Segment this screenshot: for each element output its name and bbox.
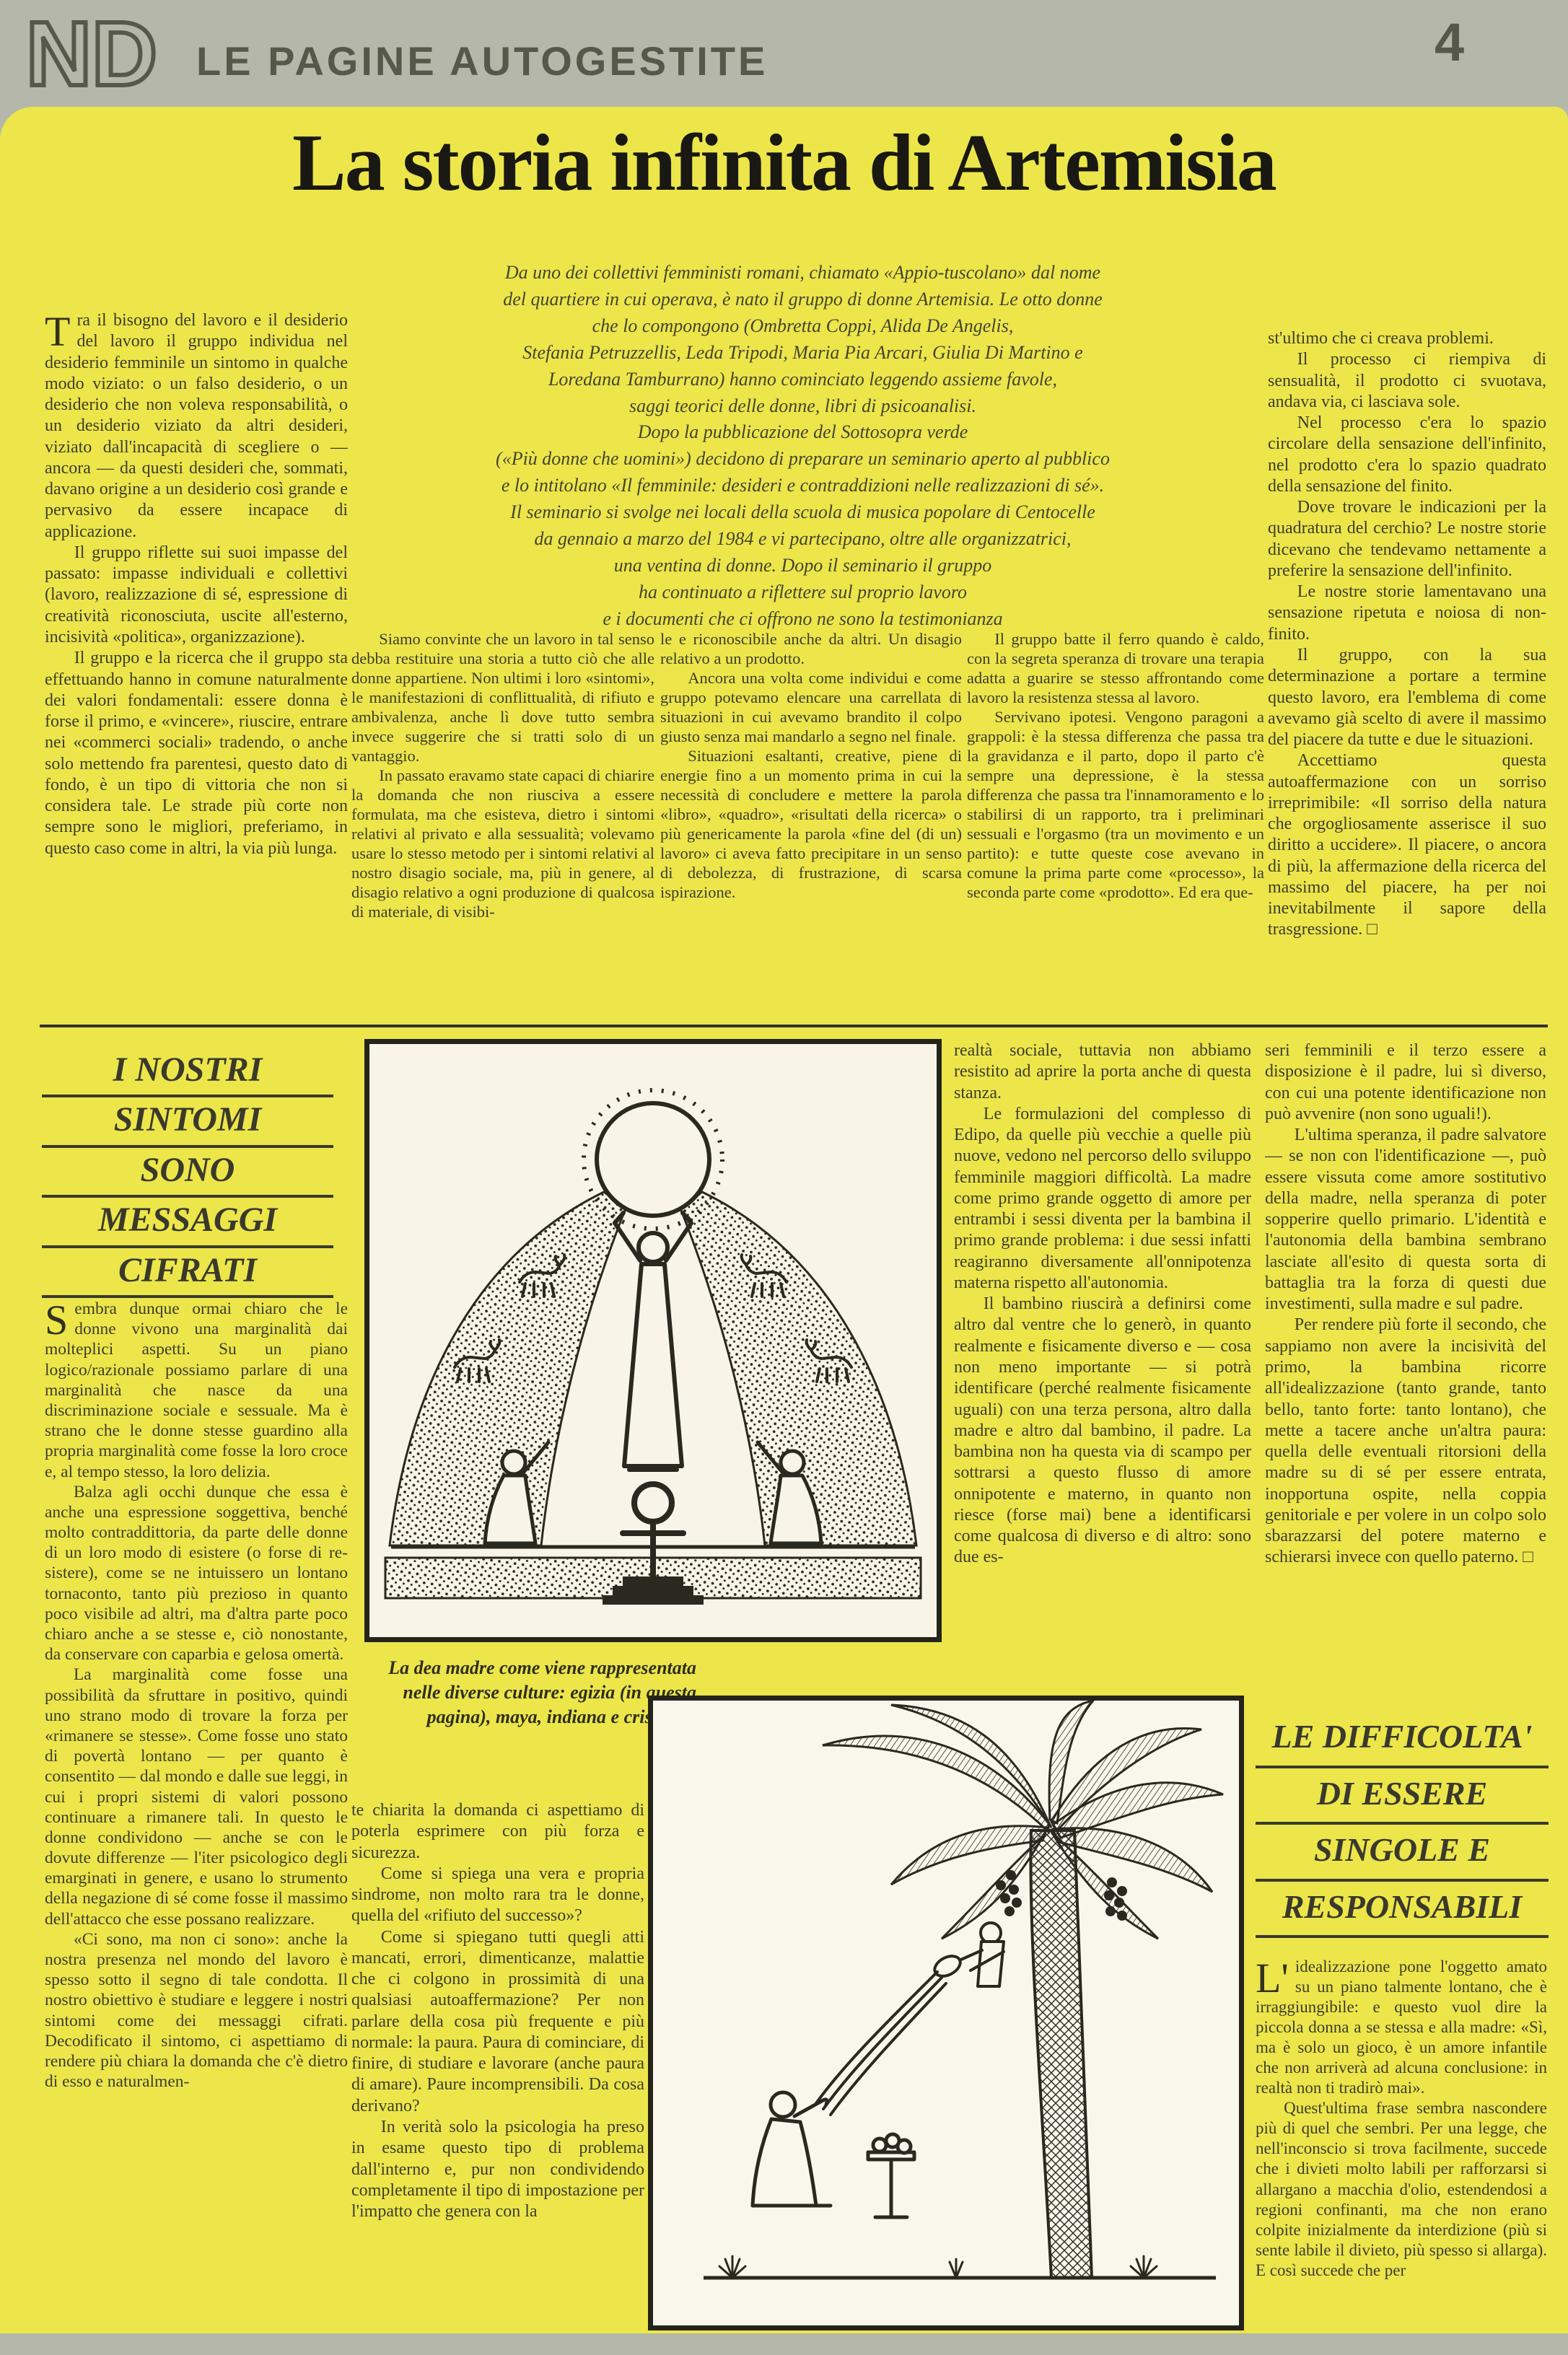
standfirst-line: Il seminario si svolge nei locali della … [339, 499, 1266, 526]
column-a: Sembra dunque ormai chiaro che le donne … [45, 1299, 348, 2329]
paragraph: In passato eravamo state capaci di chiar… [351, 766, 654, 921]
column-b: te chiarita la domanda ci aspettiamo di … [351, 1800, 644, 2331]
heading-line: I NOSTRI [42, 1048, 333, 1097]
paragraph: le e riconoscibile anche da altri. Un di… [660, 629, 962, 668]
standfirst-line: Stefania Petruzzellis, Leda Tripodi, Mar… [339, 340, 1266, 367]
paragraph: «Ci sono, ma non ci sono»: anche la nost… [45, 1929, 348, 2092]
paragraph: Siamo convinte che un lavoro in tal sens… [351, 629, 654, 766]
paragraph: Tra il bisogno del lavoro e il desiderio… [45, 310, 348, 543]
paragraph: Accettiamo questa autoaffermazione con u… [1268, 750, 1546, 940]
drop-cap: S [45, 1299, 74, 1336]
paragraph: st'ultimo che ci creava problemi. [1268, 328, 1546, 349]
paragraph: Quest'ultima frase sembra nascondere più… [1256, 2098, 1547, 2280]
standfirst-line: e lo intitolano «Il femminile: desideri … [339, 473, 1266, 499]
paragraph: te chiarita la domanda ci aspettiamo di … [351, 1800, 644, 1864]
drop-cap: L' [1256, 1957, 1295, 1994]
masthead-title: LE PAGINE AUTOGESTITE [196, 38, 768, 84]
paragraph: Il gruppo, con la sua determinazione a p… [1268, 645, 1546, 750]
paragraph: Nel processo c'era lo spazio circolare d… [1268, 413, 1546, 497]
column-e: L'idealizzazione pone l'oggetto amato su… [1256, 1957, 1547, 2332]
header-band: ND LE PAGINE AUTOGESTITE 4 [0, 0, 1568, 108]
heading-line: SONO [42, 1148, 333, 1198]
heading-line: MESSAGGI [42, 1198, 333, 1247]
paragraph: Il gruppo riflette sui suoi impasse del … [45, 543, 348, 648]
standfirst-line: Da uno dei collettivi femministi romani,… [339, 260, 1266, 286]
standfirst-line: e i documenti che ci offrono ne sono la … [339, 606, 1266, 629]
standfirst-line: saggi teorici delle donne, libri di psic… [339, 393, 1266, 420]
illustration-egyptian-goddess [364, 1039, 942, 1642]
bottom-scan-strip [0, 2333, 1568, 2355]
standfirst-line: da gennaio a marzo del 1984 e vi parteci… [339, 526, 1266, 553]
column-c: realtà sociale, tuttavia non abbiamo res… [954, 1040, 1251, 1681]
illustration-palm-tree-goddess [648, 1696, 1244, 2330]
column-d: seri femminili e il terzo essere a dispo… [1265, 1040, 1546, 1683]
paragraph: Situazioni esaltanti, creative, piene di… [660, 746, 962, 902]
page-number: 4 [1435, 12, 1464, 73]
paragraph: Sembra dunque ormai chiaro che le donne … [45, 1299, 348, 1482]
paragraph: Il gruppo e la ricerca che il gruppo sta… [45, 648, 348, 859]
paragraph: Servivano ipotesi. Vengono paragoni a gr… [967, 707, 1264, 902]
paragraph: Le nostre storie lamentavano una sensazi… [1268, 582, 1546, 645]
standfirst-line: una ventina di donne. Dopo il seminario … [339, 553, 1266, 579]
drop-cap: T [45, 310, 76, 348]
heading-line: DI ESSERE [1256, 1768, 1549, 1825]
column-1: Tra il bisogno del lavoro e il desiderio… [45, 310, 348, 1016]
heading-line: RESPONSABILI [1256, 1882, 1549, 1939]
heading-line: SINGOLE E [1256, 1825, 1549, 1882]
paragraph: seri femminili e il terzo essere a dispo… [1265, 1040, 1546, 1125]
paragraph: Per rendere più forte il secondo, che sa… [1265, 1315, 1546, 1568]
standfirst: Da uno dei collettivi femministi romani,… [339, 260, 1266, 629]
column-2: Siamo convinte che un lavoro in tal sens… [351, 629, 654, 1020]
paragraph: La marginalità come fosse una possibilit… [45, 1665, 348, 1929]
nd-logo: ND [20, 3, 190, 111]
standfirst-line: che lo compongono (Ombretta Coppi, Alida… [339, 313, 1266, 340]
magazine-page: ND LE PAGINE AUTOGESTITE 4 La storia inf… [0, 0, 1568, 2355]
paragraph-text: ra il bisogno del lavoro e il desiderio … [45, 311, 348, 541]
paragraph: Ancora una volta come individui e come g… [660, 668, 962, 746]
section-heading-sintomi: I NOSTRISINTOMISONOMESSAGGICIFRATI [42, 1048, 333, 1298]
heading-line: SINTOMI [42, 1097, 333, 1147]
paragraph: Le formulazioni del complesso di Edipo, … [954, 1104, 1251, 1294]
standfirst-line: Loredana Tamburrano) hanno cominciato le… [339, 367, 1266, 393]
paragraph-text: embra dunque ormai chiaro che le donne v… [45, 1299, 348, 1481]
paragraph: Come si spiega una vera e propria sindro… [351, 1864, 644, 1927]
column-3: le e riconoscibile anche da altri. Un di… [660, 629, 962, 1020]
paragraph: Dove trovare le indicazioni per la quadr… [1268, 497, 1546, 582]
paragraph: Il gruppo batte il ferro quando è caldo,… [967, 629, 1264, 707]
standfirst-line: ha continuato a riflettere sul proprio l… [339, 579, 1266, 606]
column-4: Il gruppo batte il ferro quando è caldo,… [967, 629, 1264, 1020]
paragraph: L'idealizzazione pone l'oggetto amato su… [1256, 1957, 1547, 2098]
paragraph-text: idealizzazione pone l'oggetto amato su u… [1256, 1957, 1547, 2097]
paragraph: Il bambino riuscirà a definirsi come alt… [954, 1294, 1251, 1568]
standfirst-line: Dopo la pubblicazione del Sottosopra ver… [339, 419, 1266, 446]
heading-line: CIFRATI [42, 1248, 333, 1298]
paragraph: In verità solo la psicologia ha preso in… [351, 2117, 644, 2222]
paragraph: Come si spiegano tutti quegli atti manca… [351, 1927, 644, 2117]
paragraph: Balza agli occhi dunque che essa è anche… [45, 1482, 348, 1665]
paragraph: L'ultima speranza, il padre salvatore — … [1265, 1125, 1546, 1315]
standfirst-line: del quartiere in cui operava, è nato il … [339, 286, 1266, 313]
paragraph: realtà sociale, tuttavia non abbiamo res… [954, 1040, 1251, 1104]
paragraph: Il processo ci riempiva di sensualità, i… [1268, 349, 1546, 413]
heading-line: LE DIFFICOLTA' [1256, 1711, 1549, 1768]
section-divider-rule [40, 1025, 1548, 1027]
nd-logo-text: ND [26, 3, 157, 105]
section-heading-difficolta: LE DIFFICOLTA'DI ESSERESINGOLE ERESPONSA… [1256, 1711, 1549, 1938]
standfirst-line: («Più donne che uomini») decidono di pre… [339, 446, 1266, 473]
column-5: st'ultimo che ci creava problemi. Il pro… [1268, 328, 1546, 1019]
article-headline: La storia infinita di Artemisia [40, 117, 1528, 210]
